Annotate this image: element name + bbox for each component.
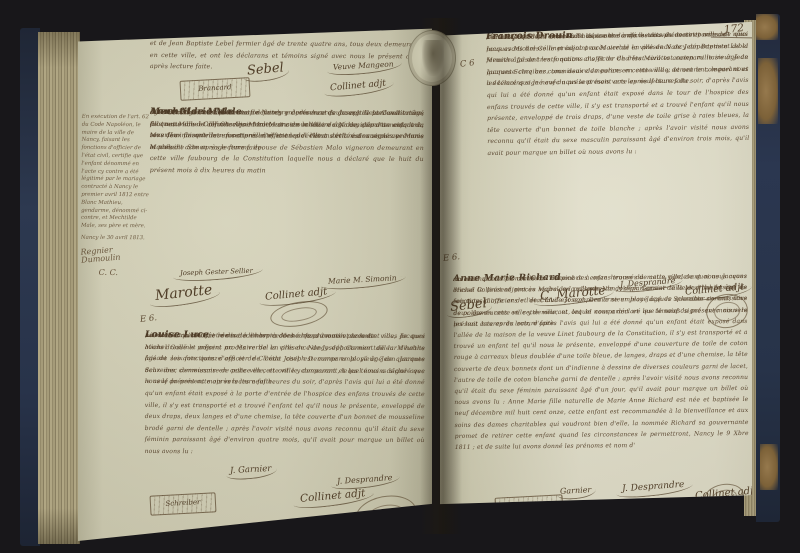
cover-wear-patch: [760, 444, 778, 490]
act-text: , ordonné qu'il fût remis à l'hospice de…: [486, 29, 749, 90]
signature-garnier: J. Garnier: [230, 464, 272, 476]
embossed-revenue-stamp: [408, 30, 456, 86]
act-margin-mark: E 6.: [443, 253, 461, 263]
right-page: 172 C 6 L'an mil huit cent onze le dix d…: [440, 16, 752, 508]
stamp-figure-icon: [422, 40, 444, 76]
birth-act-anne-marie-male-text: Au mil huit cent onze le neuf décembre à…: [149, 107, 424, 270]
signature-lebel: Sebel: [246, 60, 284, 78]
signature-schreiber-flourish: Schreiber: [150, 492, 217, 515]
signature-brancard-flourish: Brancard: [180, 77, 251, 101]
act-margin-mark: E 6.: [140, 314, 158, 324]
signature-schreiber-flourish: Schreiber: [495, 494, 564, 508]
right-cover-edge: [756, 14, 780, 522]
photo-background: et de Jean Baptiste Lebel fermier âgé de…: [0, 0, 800, 553]
signature-desprandre: J. Desprandre: [337, 473, 393, 486]
margin-note-body: En exécution de l'art. 62 du Code Napolé…: [81, 114, 149, 230]
cover-wear-patch: [758, 58, 778, 124]
act-text: ordonné qu'elle fût remise à l'hospice d…: [453, 271, 748, 330]
signature-gester: Joseph Gester Sellier: [180, 267, 253, 278]
stamp-margin-mark: C 6: [460, 59, 475, 69]
signature-garnier: Garnier: [560, 485, 592, 496]
signature-simonin: Marie M. Simonin: [328, 273, 397, 286]
signature-paraph-flourish: [702, 481, 746, 508]
left-cover-edge: [20, 28, 40, 546]
register-book: et de Jean Baptiste Lebel fermier âgé de…: [0, 0, 800, 553]
cover-wear-patch: [756, 14, 778, 40]
signature-veuve-mangeon: Veuve Mangeon: [333, 59, 394, 71]
signature-collinet-adjoint: Collinet adjt: [265, 286, 328, 302]
act-text: dites déclaration et présentation faites…: [150, 107, 424, 154]
act-text: , ordonné qu'elle fût remise à l'hospice…: [145, 330, 425, 389]
exposure-act-francois-drouin-text: L'an mil huit cent onze le dix décembre …: [486, 29, 751, 246]
signature-marotte: Marotte: [154, 282, 213, 304]
exposure-act-anne-marie-richard-text: Au mil huit cent onze le dix décembre à …: [453, 271, 749, 486]
left-page: et de Jean Baptiste Lebel fermier âgé de…: [78, 26, 432, 542]
margin-note-date: Nancy le 30 avril 1813.: [81, 235, 149, 243]
margin-note-mark: C. C.: [99, 269, 149, 277]
exposure-act-louise-luce-text: Au mil huit cent onze le dix décembre à …: [145, 330, 425, 461]
margin-note-signature: Regnier Dumoulin: [80, 243, 149, 264]
signature-collinet-adjoint: Collinet adjt: [300, 487, 366, 505]
legitimation-margin-note: En exécution de l'art. 62 du Code Napolé…: [80, 114, 150, 340]
left-page-block-edges: [38, 32, 80, 544]
